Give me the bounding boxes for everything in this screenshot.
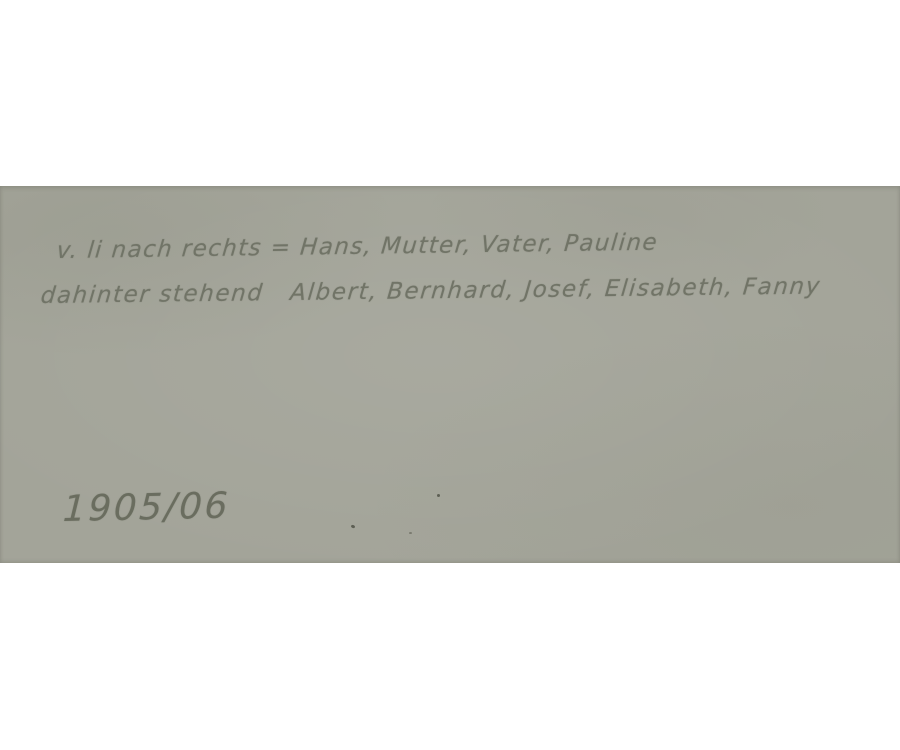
paper-speck [437, 494, 440, 497]
paper-speck [409, 532, 412, 534]
paper-speck [351, 524, 356, 528]
handwritten-line-2: dahinter stehend Albert, Bernhard, Josef… [40, 273, 823, 309]
photo-verso-scan: v. li nach rechts = Hans, Mutter, Vater,… [0, 0, 900, 750]
handwritten-year-note: 1905/06 [62, 486, 231, 531]
handwritten-line-1: v. li nach rechts = Hans, Mutter, Vater,… [56, 230, 660, 264]
paper-card: v. li nach rechts = Hans, Mutter, Vater,… [0, 186, 900, 563]
